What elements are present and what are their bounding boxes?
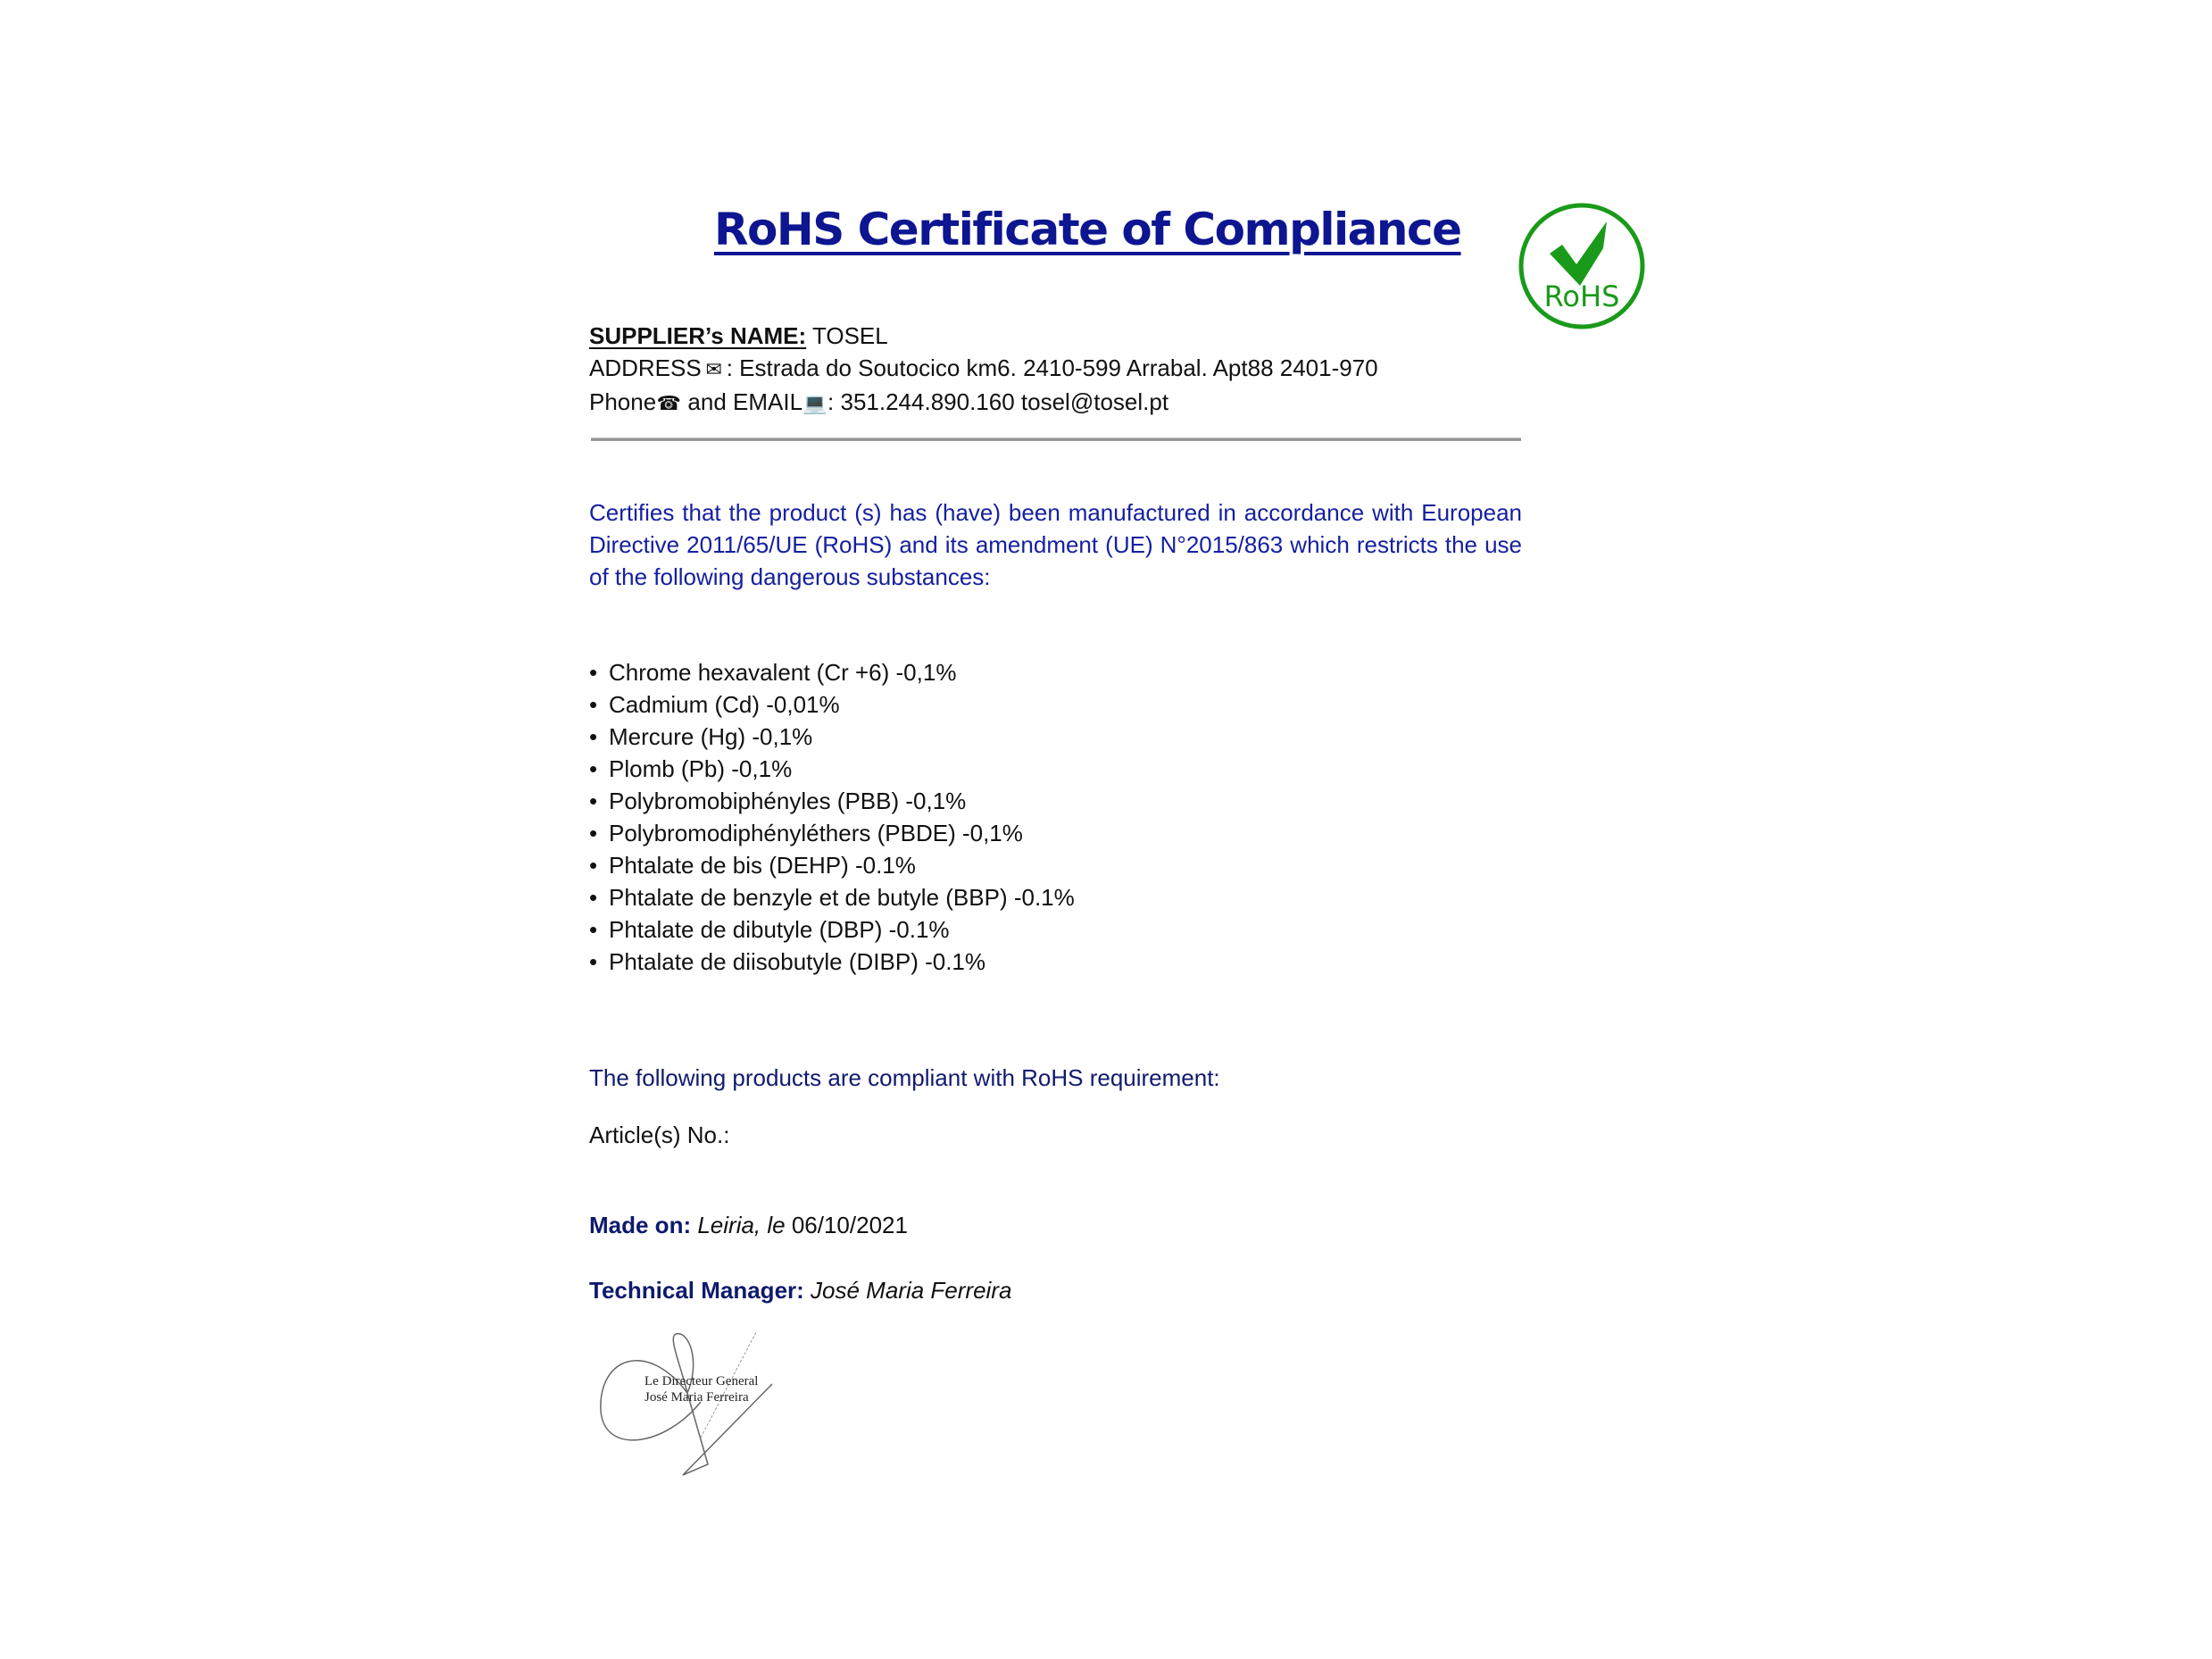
supplier-name-label: SUPPLIER’s NAME: (589, 322, 806, 349)
envelope-icon: ✉ (702, 354, 727, 386)
technical-manager-label: Technical Manager: (589, 1277, 804, 1304)
laptop-icon: 💻 (802, 388, 827, 420)
articles-label: Article(s) No.: (589, 1121, 729, 1149)
made-on-place: Leiria, le (691, 1212, 786, 1238)
page-title: RoHS Certificate of Compliance (714, 204, 1401, 255)
list-item: •Polybromobiphényles (PBB) -0,1% (589, 785, 1075, 817)
technical-manager-line: Technical Manager: José Maria Ferreira (589, 1277, 1011, 1305)
divider (591, 438, 1521, 441)
certificate-page: RoHS Certificate of Compliance RoHS SUPP… (0, 0, 2212, 1659)
list-item: •Phtalate de dibutyle (DBP) -0.1% (589, 913, 1075, 946)
list-item: •Chrome hexavalent (Cr +6) -0,1% (589, 656, 1075, 688)
technical-manager-name: José Maria Ferreira (804, 1277, 1012, 1304)
substances-list: •Chrome hexavalent (Cr +6) -0,1% •Cadmiu… (589, 656, 1075, 978)
list-item: •Mercure (Hg) -0,1% (589, 721, 1075, 753)
phone-label: Phone (589, 388, 656, 415)
supplier-name-line: SUPPLIER’s NAME: TOSEL (589, 320, 1526, 352)
list-item: •Polybromodiphényléthers (PBDE) -0,1% (589, 817, 1075, 849)
rohs-check-badge-icon: RoHS (1518, 202, 1647, 331)
made-on-date: 06/10/2021 (786, 1212, 908, 1238)
address-value: : Estrada do Soutocico km6. 2410-599 Arr… (727, 354, 1378, 381)
list-item: •Plomb (Pb) -0,1% (589, 753, 1075, 785)
supplier-block: SUPPLIER’s NAME: TOSEL ADDRESS✉: Estrada… (589, 320, 1526, 420)
contact-line: Phone☎ and EMAIL💻: 351.244.890.160 tosel… (589, 386, 1526, 420)
made-on-label: Made on: (589, 1212, 691, 1238)
address-label: ADDRESS (589, 354, 702, 381)
signature-scribble (594, 1330, 799, 1482)
certification-statement: Certifies that the product (s) has (have… (589, 496, 1522, 593)
telephone-icon: ☎ (656, 388, 681, 420)
made-on-line: Made on: Leiria, le 06/10/2021 (589, 1212, 908, 1239)
list-item: •Phtalate de bis (DEHP) -0.1% (589, 849, 1075, 881)
list-item: •Phtalate de benzyle et de butyle (BBP) … (589, 881, 1075, 913)
email-label: and EMAIL (681, 388, 802, 415)
compliance-statement: The following products are compliant wit… (589, 1064, 1220, 1092)
contact-value: : 351.244.890.160 tosel@tosel.pt (827, 388, 1168, 415)
address-line: ADDRESS✉: Estrada do Soutocico km6. 2410… (589, 352, 1526, 386)
signature-caption: Le Directeur General José Maria Ferreira (644, 1373, 758, 1405)
svg-text:RoHS: RoHS (1544, 279, 1620, 313)
list-item: •Phtalate de diisobutyle (DIBP) -0.1% (589, 946, 1075, 978)
list-item: •Cadmium (Cd) -0,01% (589, 688, 1075, 721)
supplier-name-value: TOSEL (812, 322, 888, 349)
